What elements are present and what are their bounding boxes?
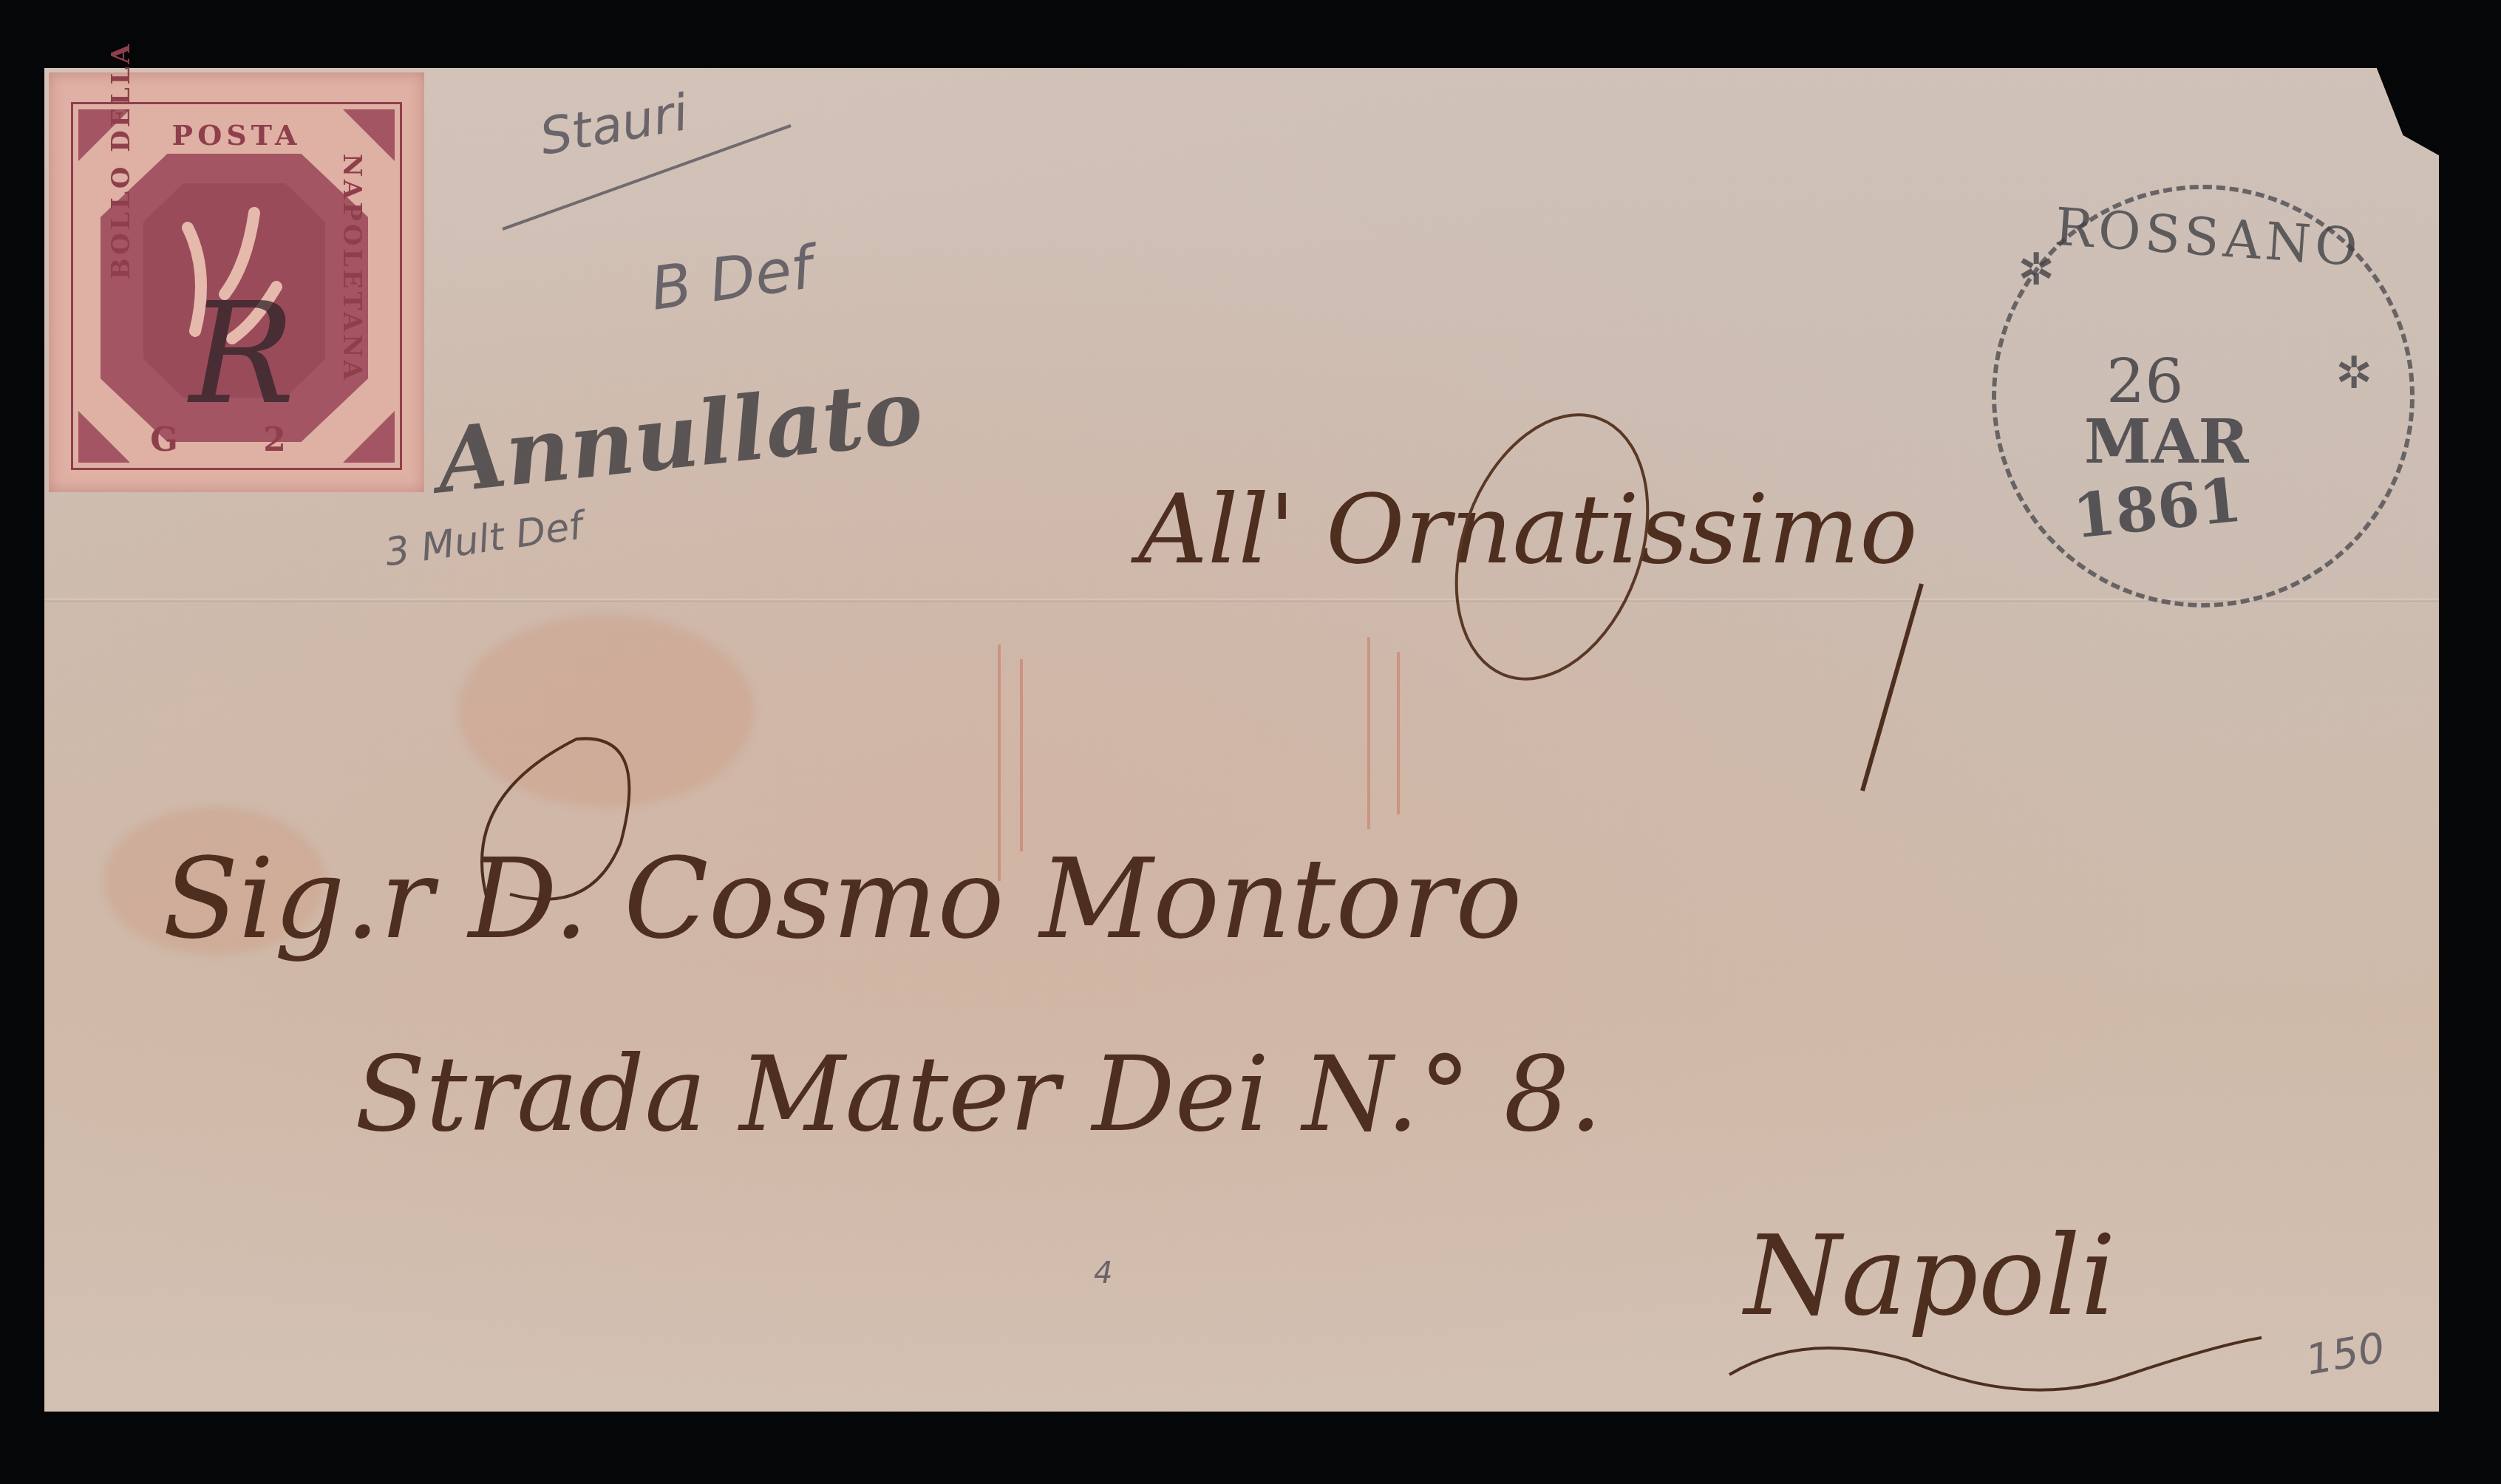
manuscript-cancel: R — [189, 272, 295, 435]
capital-d-flourish-icon — [443, 709, 665, 931]
red-ink-offset — [1397, 652, 1400, 814]
stamp-top-text: POSTA — [49, 118, 424, 152]
red-ink-offset — [1020, 659, 1023, 851]
red-ink-offset — [1367, 637, 1370, 829]
signature-underline-icon — [495, 118, 806, 236]
pencil-mark: 4 — [1094, 1256, 1112, 1290]
capital-o-flourish-icon — [1404, 399, 1744, 695]
address-recipient: Sig.r D. Cosmo Montoro — [163, 835, 1522, 964]
postmark-star-icon: ✲ — [2018, 244, 2055, 296]
postage-stamp: POSTA BOLLO DELLA NAPOLETANA G 2 R — [49, 72, 424, 492]
city-underline-flourish-icon — [1715, 1315, 2276, 1412]
stamp-right-text: NAPOLETANA — [337, 154, 367, 383]
postmark-cross-icon: ✲ — [2335, 347, 2372, 399]
fold-crease — [44, 599, 2439, 602]
long-s-descender-icon — [1848, 576, 1936, 798]
stamp-left-text: BOLLO DELLA — [106, 41, 136, 279]
address-street: Strada Mater Dei N.° 8. — [355, 1035, 1602, 1155]
